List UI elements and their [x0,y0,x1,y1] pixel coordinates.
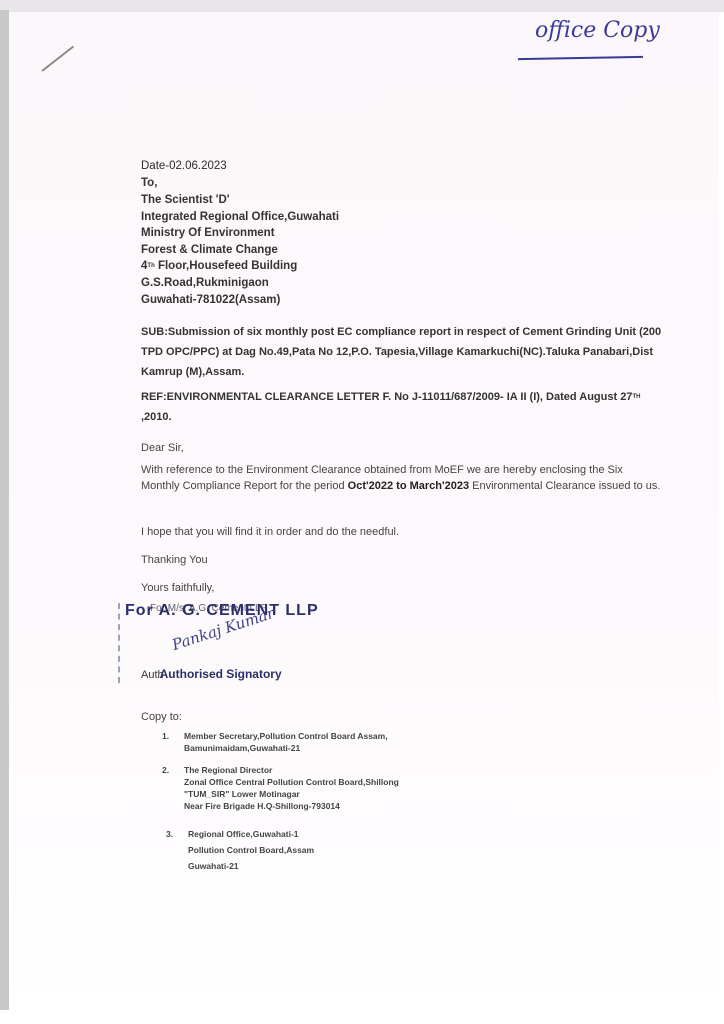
recipient-line: Forest & Climate Change [141,242,339,259]
floor-rest: Floor,Housefeed Building [155,260,297,272]
copy-to-item: 2. The Regional Director Zonal Office Ce… [184,764,399,812]
report-period: Oct'2022 to March'2023 [348,480,469,492]
copy-to-item: 1. Member Secretary,Pollution Control Bo… [184,730,388,754]
reference-text: REF:ENVIRONMENTAL CLEARANCE LETTER F. No… [141,391,632,403]
copy-line: Bamunimaidam,Guwahati-21 [184,742,388,754]
recipient-address: The Scientist 'D' Integrated Regional Of… [141,192,339,308]
reference-sup: TH [632,394,640,400]
copy-line: "TUM_SIR" Lower Motinagar [184,788,399,800]
reference-end: ,2010. [141,411,172,423]
auth-stamp: Authorised Signatory [160,667,282,681]
reference-line: REF:ENVIRONMENTAL CLEARANCE LETTER F. No… [141,387,671,427]
body-paragraph: With reference to the Environment Cleara… [141,462,661,494]
copy-number: 2. [162,764,169,776]
copy-line: Zonal Office Central Pollution Control B… [184,776,399,788]
copy-line: Guwahati-21 [188,858,314,874]
scan-border-left [0,10,9,1010]
authorised-signatory: AuthAuthorised Signatory [141,667,282,681]
copy-number: 1. [162,730,169,742]
recipient-line-floor: 4Th Floor,Housefeed Building [141,258,339,275]
letter-page [9,12,719,1012]
copy-line: Member Secretary,Pollution Control Board… [184,730,388,742]
recipient-line: Integrated Regional Office,Guwahati [141,209,339,226]
floor-suffix: Th [147,263,154,269]
hope-line: I hope that you will find it in order an… [141,524,661,540]
thanks-line: Thanking You [141,552,661,568]
letter-date: Date-02.06.2023 [141,158,227,175]
scan-border-bottom [0,1010,724,1024]
closing-line: Yours faithfully, [141,580,661,596]
copy-to-label: Copy to: [141,711,182,723]
salutation: Dear Sir, [141,440,661,456]
letter-to: To, [141,175,157,192]
office-copy-annotation: office Copy [535,18,660,43]
copy-to-item: 3. Regional Office,Guwahati-1 Pollution … [188,826,314,874]
copy-line: Near Fire Brigade H.Q-Shillong-793014 [184,800,399,812]
copy-line: Regional Office,Guwahati-1 [188,826,314,842]
recipient-line: Guwahati-781022(Assam) [141,292,339,309]
copy-line: Pollution Control Board,Assam [188,842,314,858]
recipient-line: The Scientist 'D' [141,192,339,209]
company-stamp: For A. G. CEMENT LLP [125,602,319,620]
scan-border-top [0,0,724,12]
recipient-line: G.S.Road,Rukminigaon [141,275,339,292]
recipient-line: Ministry Of Environment [141,225,339,242]
copy-line: The Regional Director [184,764,399,776]
subject-line: SUB:Submission of six monthly post EC co… [141,322,671,382]
copy-number: 3. [166,826,173,842]
body-text-end: Environmental Clearance issued to us. [469,480,660,492]
